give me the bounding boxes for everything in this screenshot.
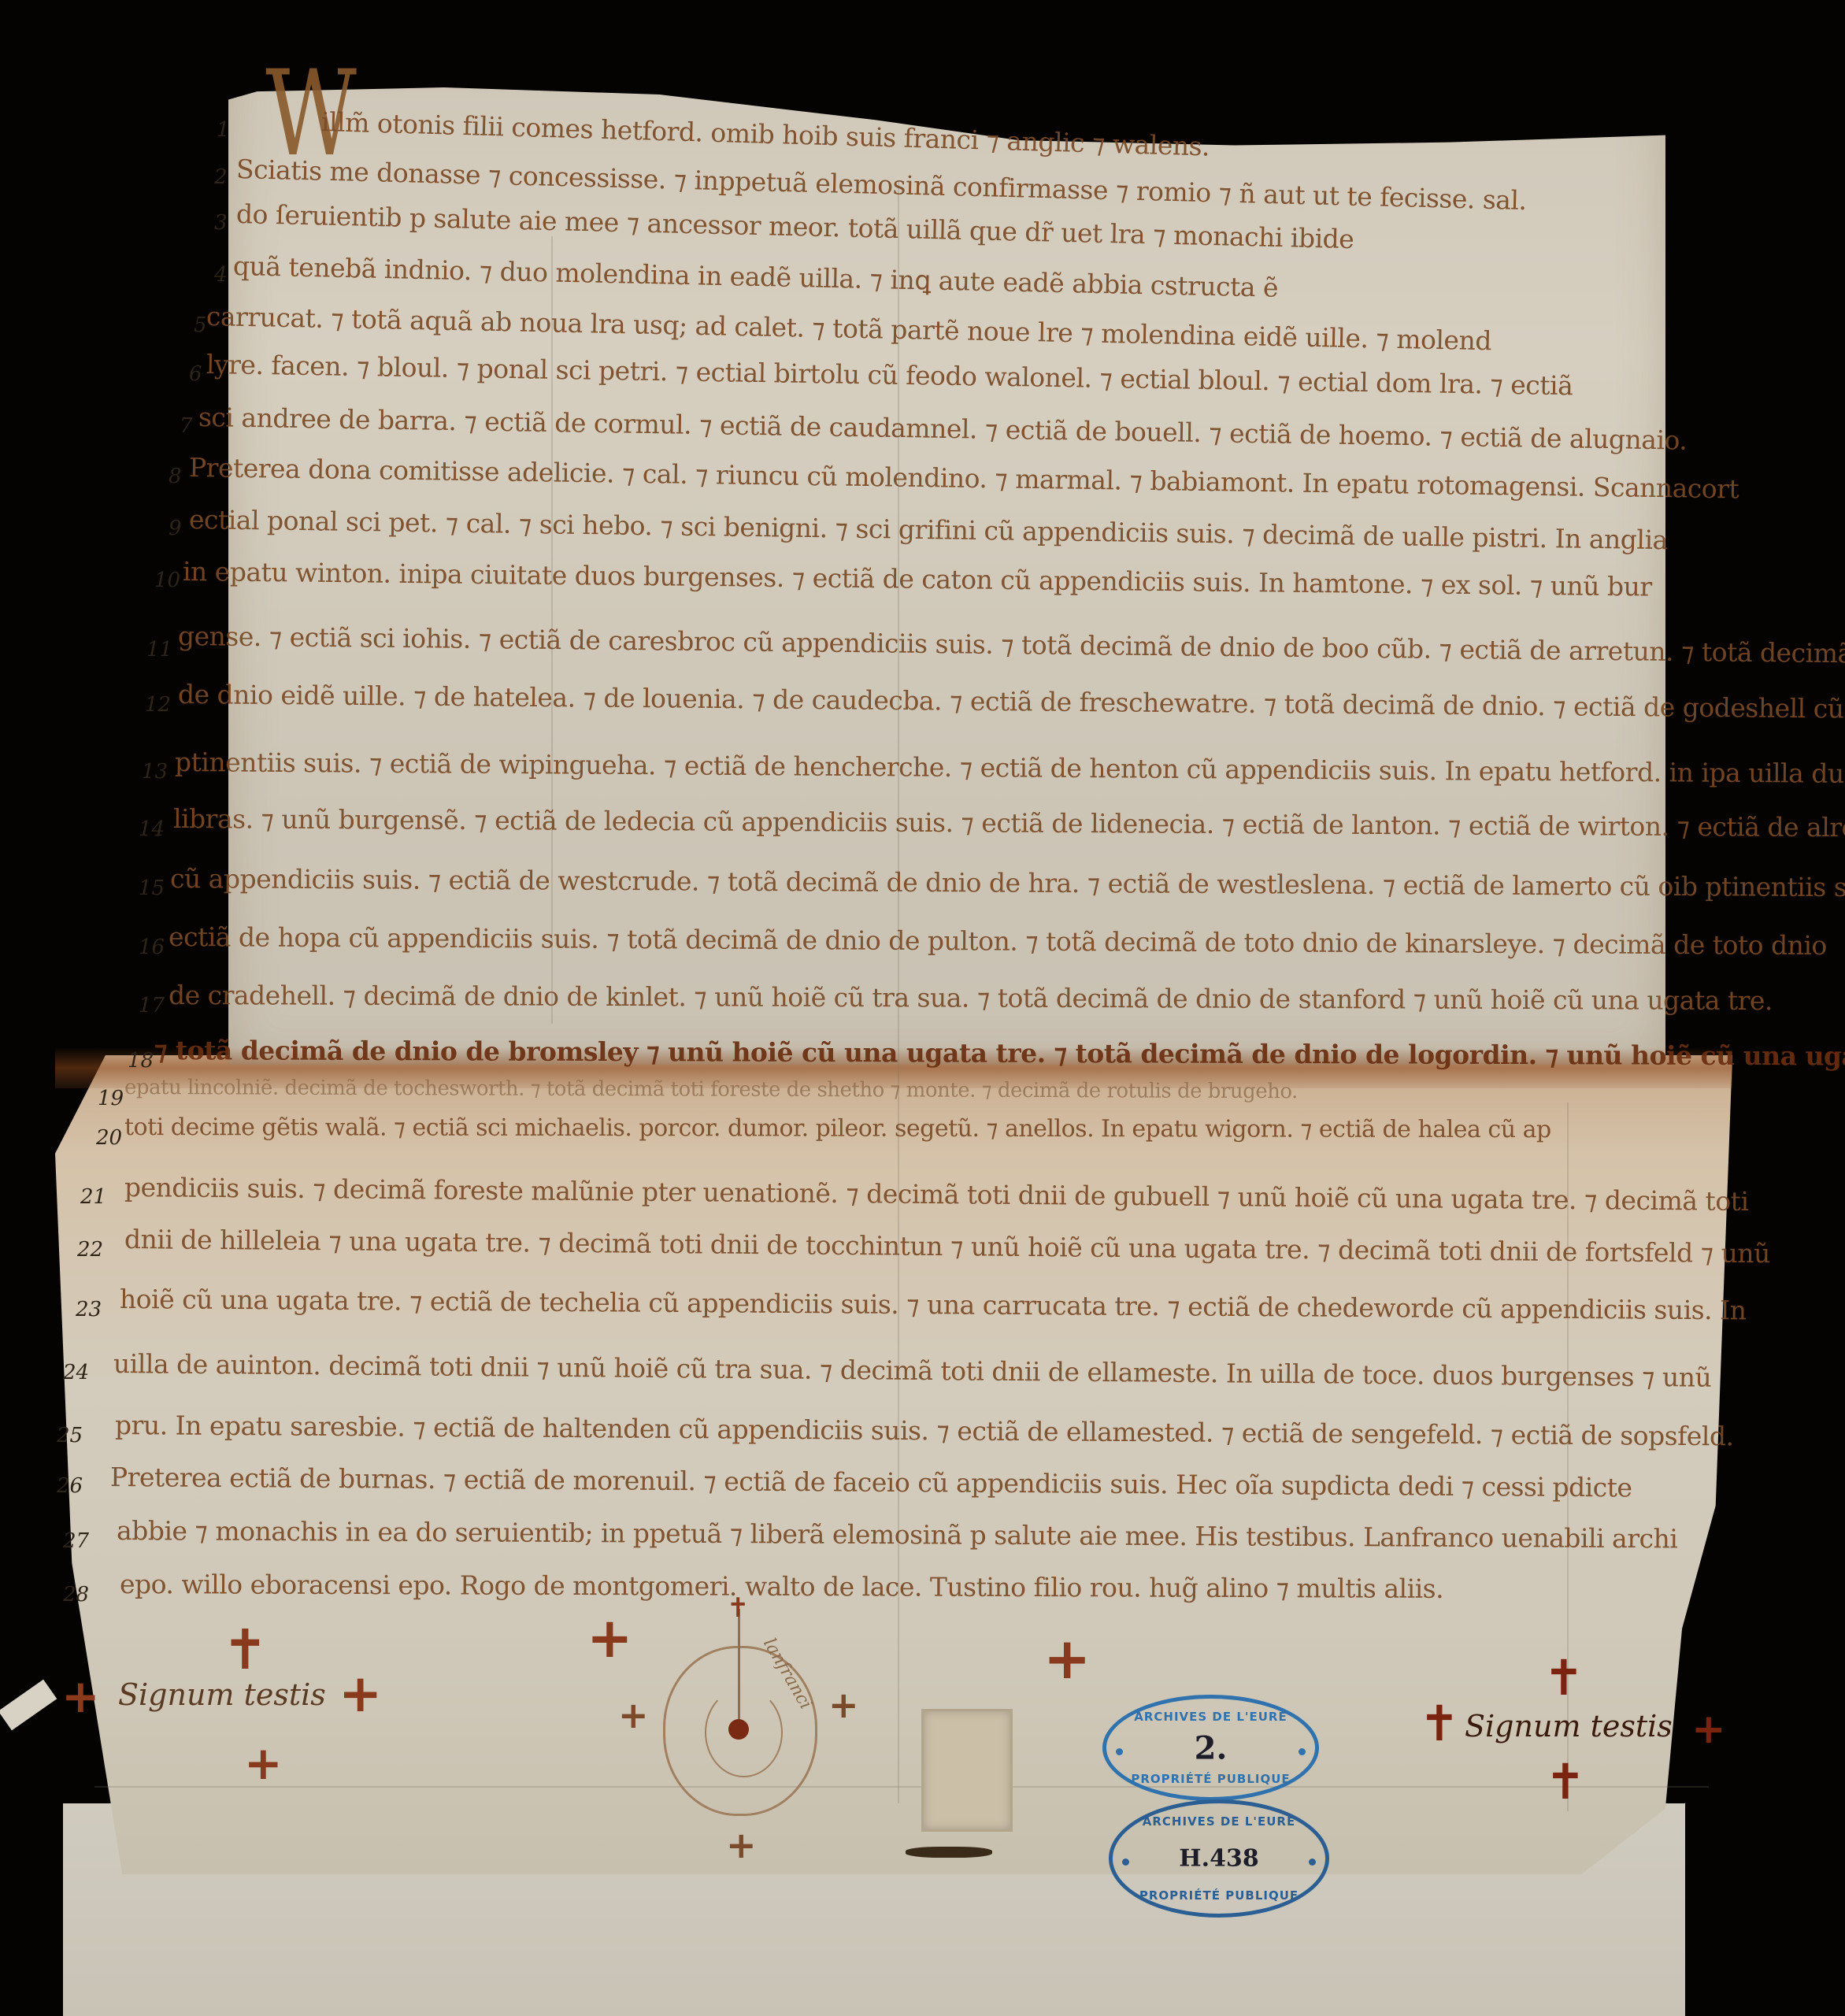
cross-icon: ✝ [222, 1622, 269, 1677]
line-number: 2 [214, 165, 228, 189]
line-number: 19 [98, 1087, 124, 1110]
stamp-ring-text-bottom: PROPRIÉTÉ PUBLIQUE [1106, 1772, 1315, 1786]
cross-icon: ✝ [1419, 1699, 1460, 1748]
text-line: epatu lincolniẽ. decimã de tochesworth. … [124, 1076, 1298, 1103]
line-number: 14 [139, 817, 165, 841]
signum-left: Signum testis [118, 1677, 326, 1712]
line-number: 22 [77, 1238, 103, 1262]
line-number: 6 [189, 362, 202, 386]
line-number: 10 [154, 569, 180, 592]
text-line: epo. willo eboracensi epo. Rogo de montg… [120, 1569, 1443, 1604]
archive-stamp-number: ARCHIVES DE L'EURE 2. PROPRIÉTÉ PUBLIQUE [1102, 1695, 1319, 1801]
line-number: 21 [80, 1185, 106, 1209]
stamp-ring-text-bottom: PROPRIÉTÉ PUBLIQUE [1113, 1888, 1325, 1903]
cross-icon: + [618, 1697, 649, 1733]
cross-icon: + [1691, 1709, 1726, 1750]
line-number: 1 [217, 118, 230, 142]
line-number: 11 [146, 638, 172, 661]
line-number: 20 [96, 1126, 122, 1150]
cross-icon: ✝ [1545, 1758, 1586, 1807]
cross-icon: + [587, 1610, 633, 1666]
cross-icon: + [828, 1687, 859, 1723]
lanfranc-signum-seal: ✝ lanfranci [663, 1646, 817, 1816]
stamp-ring-text-top: ARCHIVES DE L'EURE [1106, 1710, 1315, 1724]
cross-icon: + [61, 1673, 100, 1719]
cross-icon: + [339, 1668, 382, 1720]
line-number: 3 [214, 211, 228, 235]
line-number: 26 [57, 1474, 83, 1498]
line-number: 18 [128, 1049, 154, 1073]
stamp-number: 2. [1106, 1729, 1315, 1766]
line-number: 15 [139, 876, 165, 900]
line-number: 12 [145, 693, 171, 717]
cross-icon: + [1043, 1630, 1091, 1687]
line-number: 9 [169, 517, 182, 540]
seal-cross-stem [738, 1609, 740, 1723]
line-number: 5 [194, 313, 207, 337]
line-number: 24 [63, 1361, 89, 1384]
line-number: 17 [139, 994, 165, 1017]
parchment-repair-patch [921, 1709, 1013, 1832]
line-number: 13 [142, 760, 168, 784]
cross-icon: ✝ [727, 1595, 750, 1621]
parchment-tear [906, 1847, 992, 1858]
line-number: 16 [139, 936, 165, 959]
line-number: 23 [76, 1298, 102, 1321]
seal-red-dot [728, 1719, 749, 1740]
archive-stamp-shelfmark: ARCHIVES DE L'EURE H.438 PROPRIÉTÉ PUBLI… [1109, 1799, 1329, 1918]
stamp-ring-text-top: ARCHIVES DE L'EURE [1113, 1814, 1325, 1829]
cross-icon: ✝ [1543, 1654, 1584, 1703]
signum-right: Signum testis [1465, 1709, 1673, 1744]
line-number: 4 [214, 263, 228, 287]
cross-icon: + [244, 1740, 283, 1786]
horizontal-crease [94, 1786, 1709, 1788]
stamp-shelfmark: H.438 [1113, 1845, 1325, 1873]
line-number: 7 [180, 414, 193, 438]
line-number: 8 [169, 465, 182, 488]
text-line: de cradehell. ⁊ decimã de dnio de kinlet… [169, 980, 1773, 1016]
cross-icon: + [726, 1827, 757, 1863]
line-number: 25 [57, 1424, 83, 1447]
line-number: 28 [63, 1583, 89, 1606]
text-line: ⁊ totã decimã de dnio de bromsley ⁊ unũ … [154, 1035, 1845, 1072]
text-line: toti decime gẽtis walã. ⁊ ectiã sci mich… [124, 1114, 1551, 1143]
line-number: 27 [63, 1529, 89, 1553]
